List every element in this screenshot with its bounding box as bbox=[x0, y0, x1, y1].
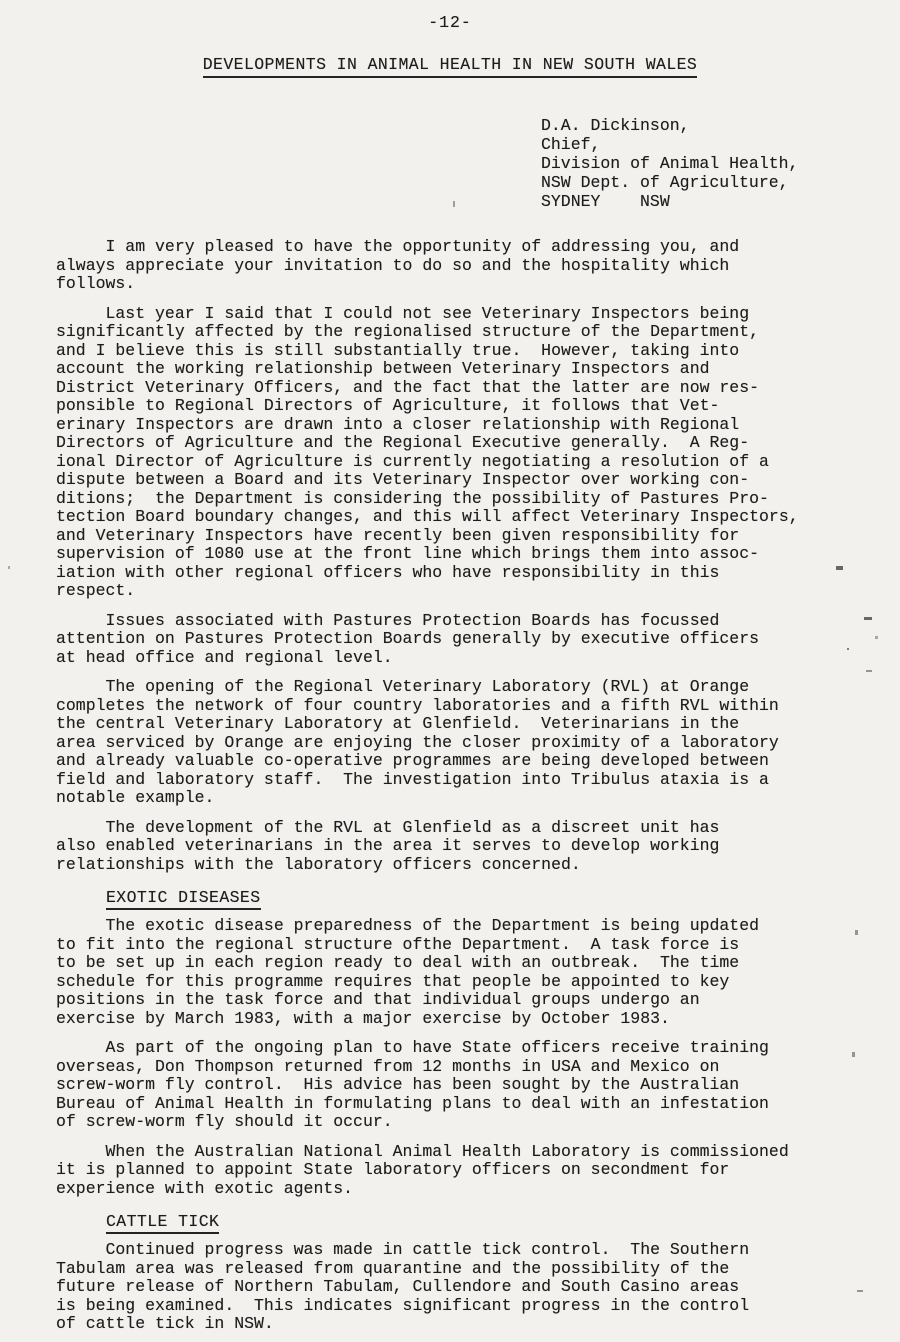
document-body: I am very pleased to have the opportunit… bbox=[56, 238, 860, 1334]
paragraph-pastures-boards: Issues associated with Pastures Protecti… bbox=[56, 612, 860, 668]
heading-row-exotic-diseases: EXOTIC DISEASES bbox=[56, 885, 860, 917]
scan-artifact bbox=[453, 201, 455, 207]
scan-artifact bbox=[875, 636, 878, 639]
paragraph-rvl-orange: The opening of the Regional Veterinary L… bbox=[56, 678, 860, 808]
heading-row-cattle-tick: CATTLE TICK bbox=[56, 1209, 860, 1241]
title-row: DEVELOPMENTS IN ANIMAL HEALTH IN NEW SOU… bbox=[0, 55, 900, 78]
paragraph-regional-structure: Last year I said that I could not see Ve… bbox=[56, 305, 860, 601]
paragraph-exotic-preparedness: The exotic disease preparedness of the D… bbox=[56, 917, 860, 1028]
document-title: DEVELOPMENTS IN ANIMAL HEALTH IN NEW SOU… bbox=[203, 55, 697, 78]
section-heading-cattle-tick: CATTLE TICK bbox=[106, 1212, 219, 1234]
paragraph-intro: I am very pleased to have the opportunit… bbox=[56, 238, 860, 294]
scan-artifact bbox=[857, 1290, 863, 1292]
scan-artifact bbox=[855, 930, 858, 935]
paragraph-anahl-secondment: When the Australian National Animal Heal… bbox=[56, 1143, 860, 1199]
paragraph-overseas-training: As part of the ongoing plan to have Stat… bbox=[56, 1039, 860, 1132]
scan-artifact bbox=[864, 617, 872, 620]
scan-artifact bbox=[8, 566, 10, 569]
section-heading-exotic-diseases: EXOTIC DISEASES bbox=[106, 888, 261, 910]
scan-artifact bbox=[369, 455, 371, 459]
scan-artifact bbox=[866, 670, 872, 672]
scan-artifact bbox=[852, 1052, 855, 1057]
author-block: D.A. Dickinson, Chief, Division of Anima… bbox=[541, 116, 900, 211]
paragraph-cattle-tick: Continued progress was made in cattle ti… bbox=[56, 1241, 860, 1334]
scan-artifact bbox=[847, 648, 849, 650]
paragraph-rvl-glenfield: The development of the RVL at Glenfield … bbox=[56, 819, 860, 875]
scan-artifact bbox=[836, 566, 843, 570]
page-number: -12- bbox=[0, 0, 900, 32]
document-page: -12- DEVELOPMENTS IN ANIMAL HEALTH IN NE… bbox=[0, 0, 900, 1342]
